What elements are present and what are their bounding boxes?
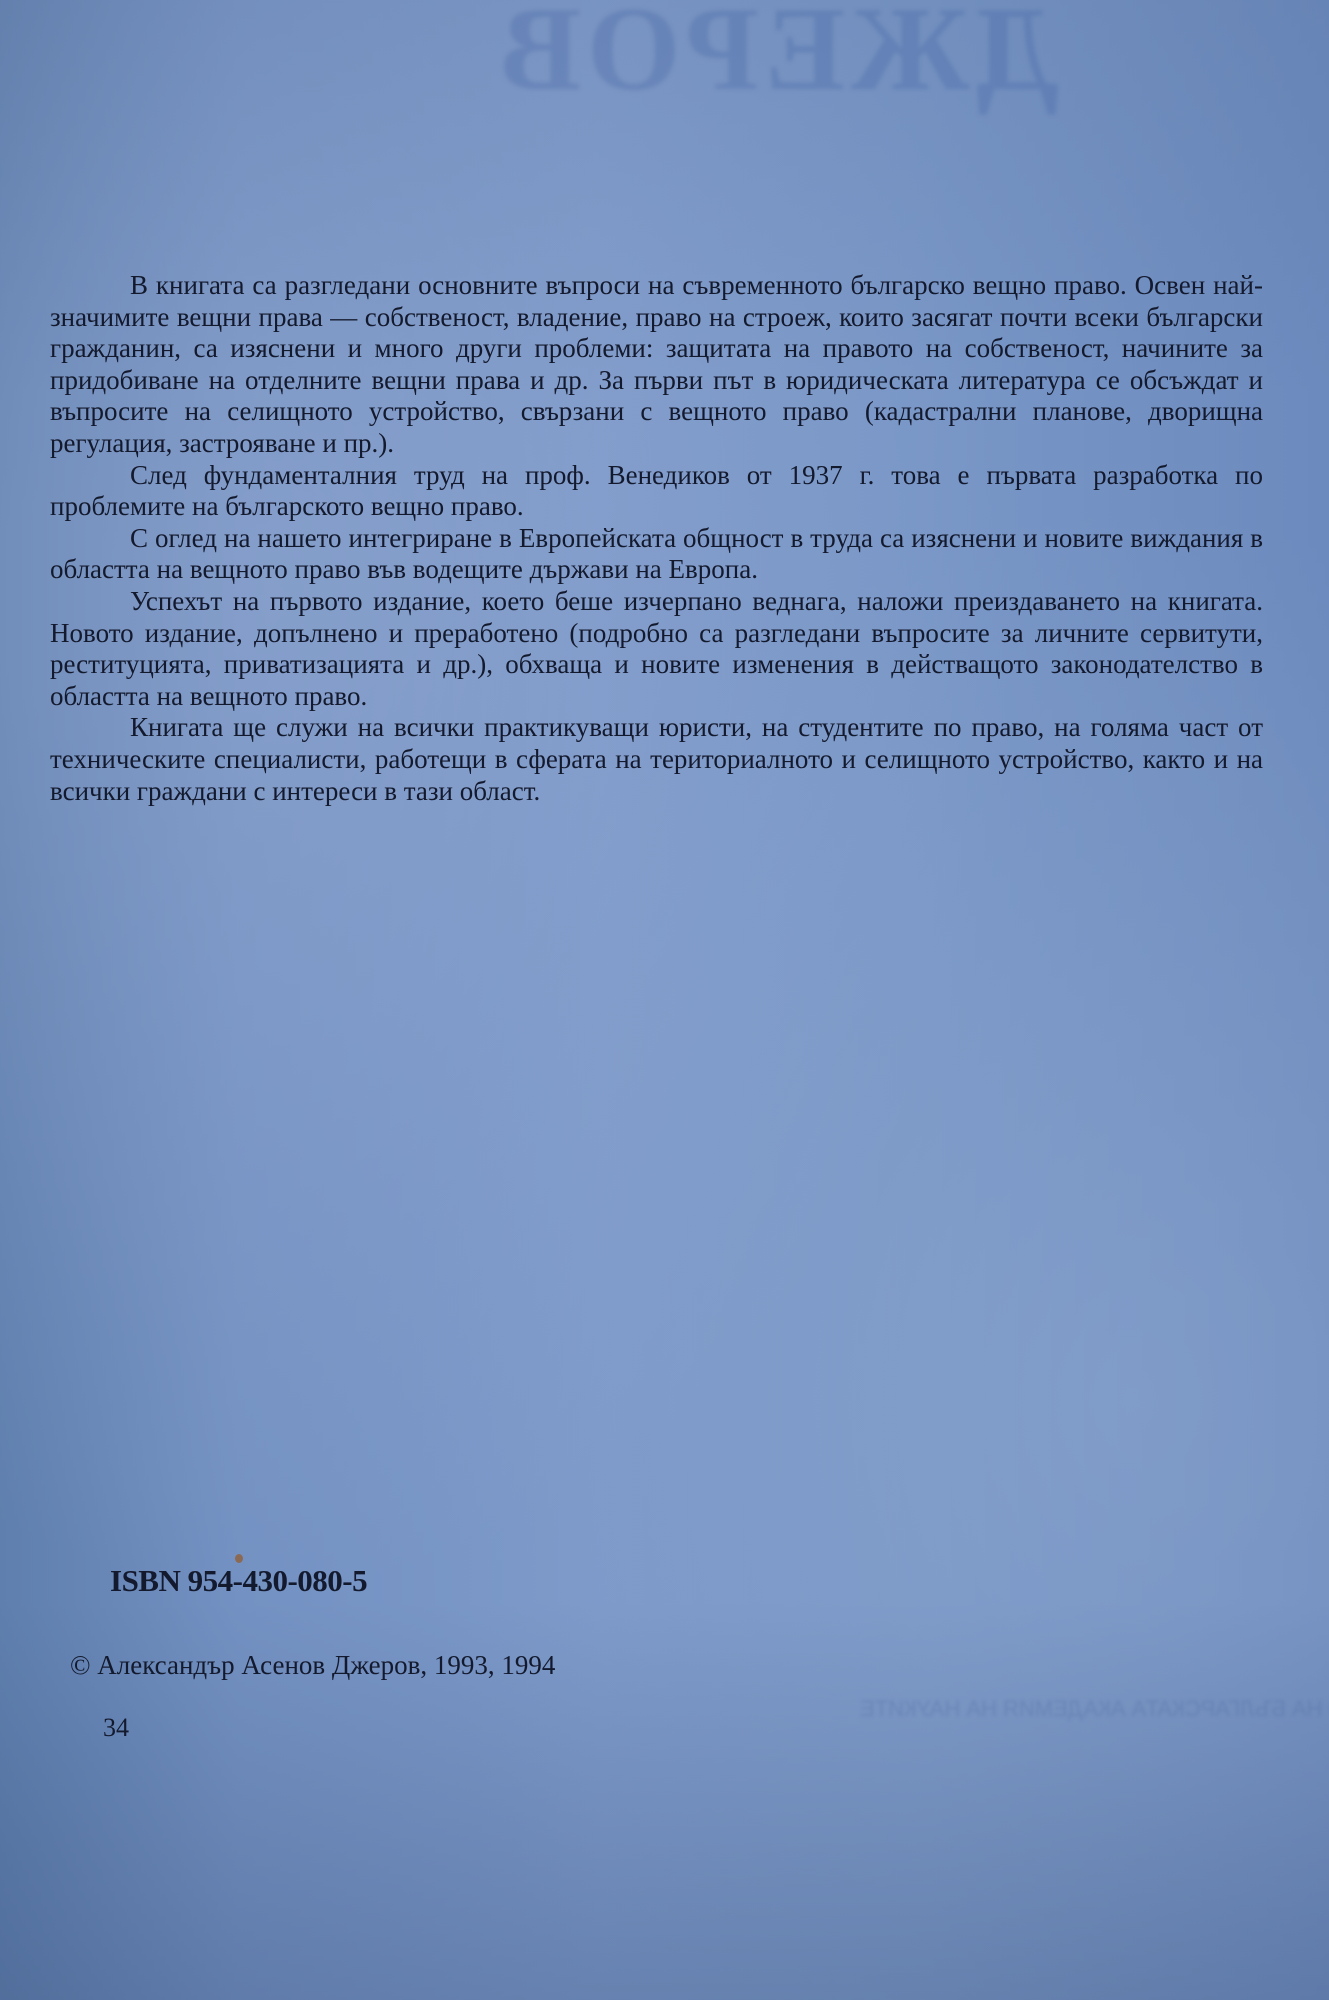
book-description: В книгата са разгледани основните въпрос… [50, 270, 1263, 807]
page-number: 34 [103, 1713, 129, 1743]
isbn: ISBN 954-430-080-5 [110, 1563, 367, 1599]
bleed-through-imprint: София 1994 ИЗДАТЕЛСТВО НА БЪЛГАРСКАТА АК… [860, 1655, 1329, 1727]
bleed-through-imprint-line: София 1994 [860, 1655, 1329, 1691]
bleed-through-imprint-line: ИЗДАТЕЛСТВО НА БЪЛГАРСКАТА АКАДЕМИЯ НА Н… [860, 1691, 1329, 1727]
copyright-notice: © Александър Асенов Джеров, 1993, 1994 [70, 1650, 555, 1681]
ink-spot [235, 1554, 243, 1563]
bleed-through-title: ДЖЕРОВ [495, 0, 1058, 118]
description-paragraph-3: С оглед на нашето интегриране в Европейс… [50, 523, 1263, 586]
description-paragraph-1: В книгата са разгледани основните въпрос… [50, 270, 1263, 460]
description-paragraph-2: След фундаменталния труд на проф. Венеди… [50, 460, 1263, 523]
description-paragraph-4: Успехът на първото издание, което беше и… [50, 586, 1263, 712]
description-paragraph-5: Книгата ще служи на всички практикуващи … [50, 712, 1263, 807]
